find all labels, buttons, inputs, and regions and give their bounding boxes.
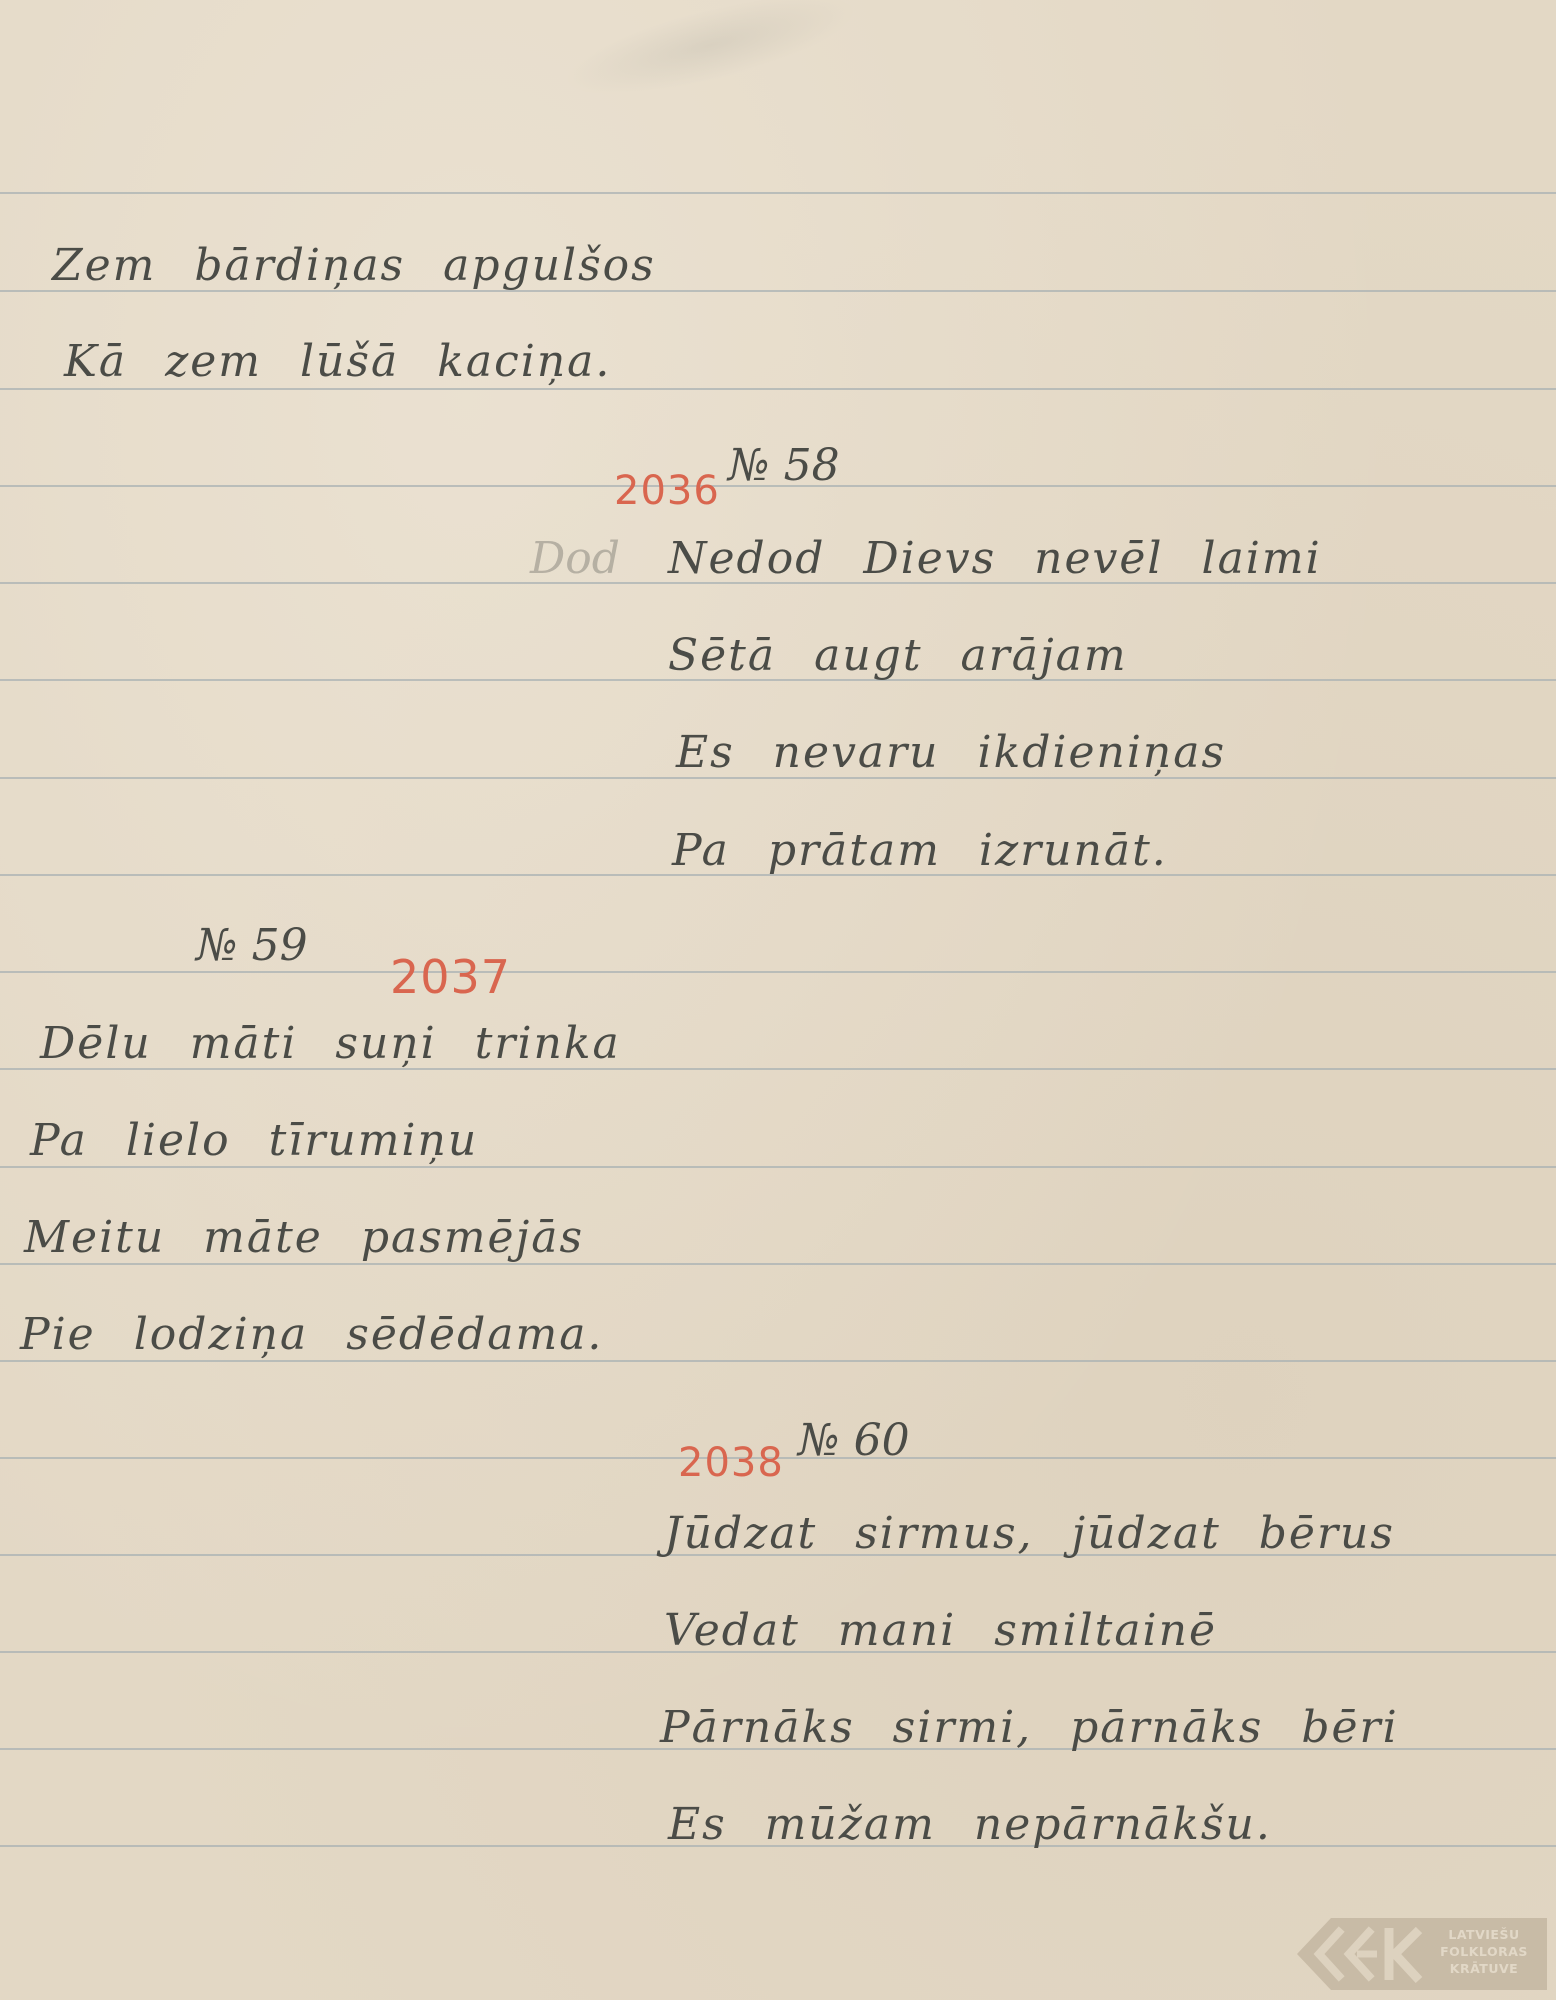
ruled-line	[0, 1360, 1556, 1362]
verse-line: Es mūžam nepārnākšu.	[668, 1799, 1272, 1850]
verse-line: Es nevaru ikdieniņas	[676, 727, 1226, 778]
catalog-number: 2038	[678, 1440, 784, 1486]
ruled-line	[0, 388, 1556, 390]
song-heading: № 58	[728, 440, 840, 491]
verse-line: Meitu māte pasmējās	[24, 1212, 584, 1263]
ruled-line	[0, 971, 1556, 973]
verse-line: Dēlu māti suņi trinka	[40, 1018, 621, 1069]
pencil-smudge	[556, 0, 864, 115]
ruled-line	[0, 192, 1556, 194]
catalog-number: 2037	[390, 950, 511, 1004]
verse-line: Pa prātam izrunāt.	[672, 825, 1168, 876]
ruled-line	[0, 1263, 1556, 1265]
song-heading: № 60	[798, 1415, 910, 1466]
verse-line: Zem bārdiņas apgulšos	[52, 240, 656, 291]
folklore-archive-logo: LATVIEŠU FOLKLORAS KRĀTUVE	[1297, 1918, 1547, 1990]
manuscript-page: Zem bārdiņas apgulšos Kā zem lūšā kaciņa…	[0, 0, 1556, 2000]
verse-line: Vedat mani smiltainē	[664, 1605, 1217, 1656]
catalog-number: 2036	[614, 468, 720, 514]
song-heading: № 59	[196, 920, 308, 971]
verse-line: Pie lodziņa sēdēdama.	[20, 1309, 603, 1360]
ruled-line	[0, 1166, 1556, 1168]
verse-line: Sētā augt arājam	[668, 630, 1128, 681]
logo-text: LATVIEŠU FOLKLORAS KRĀTUVE	[1429, 1926, 1539, 1977]
verse-line: Pa lielo tīrumiņu	[30, 1115, 478, 1166]
verse-line: Pārnāks sirmi, pārnāks bēri	[660, 1702, 1399, 1753]
verse-line: Nedod Dievs nevēl laimi	[668, 533, 1322, 584]
erased-word: Dod	[530, 533, 620, 584]
verse-line: Jūdzat sirmus, jūdzat bērus	[664, 1508, 1395, 1559]
verse-line: Kā zem lūšā kaciņa.	[64, 336, 611, 387]
